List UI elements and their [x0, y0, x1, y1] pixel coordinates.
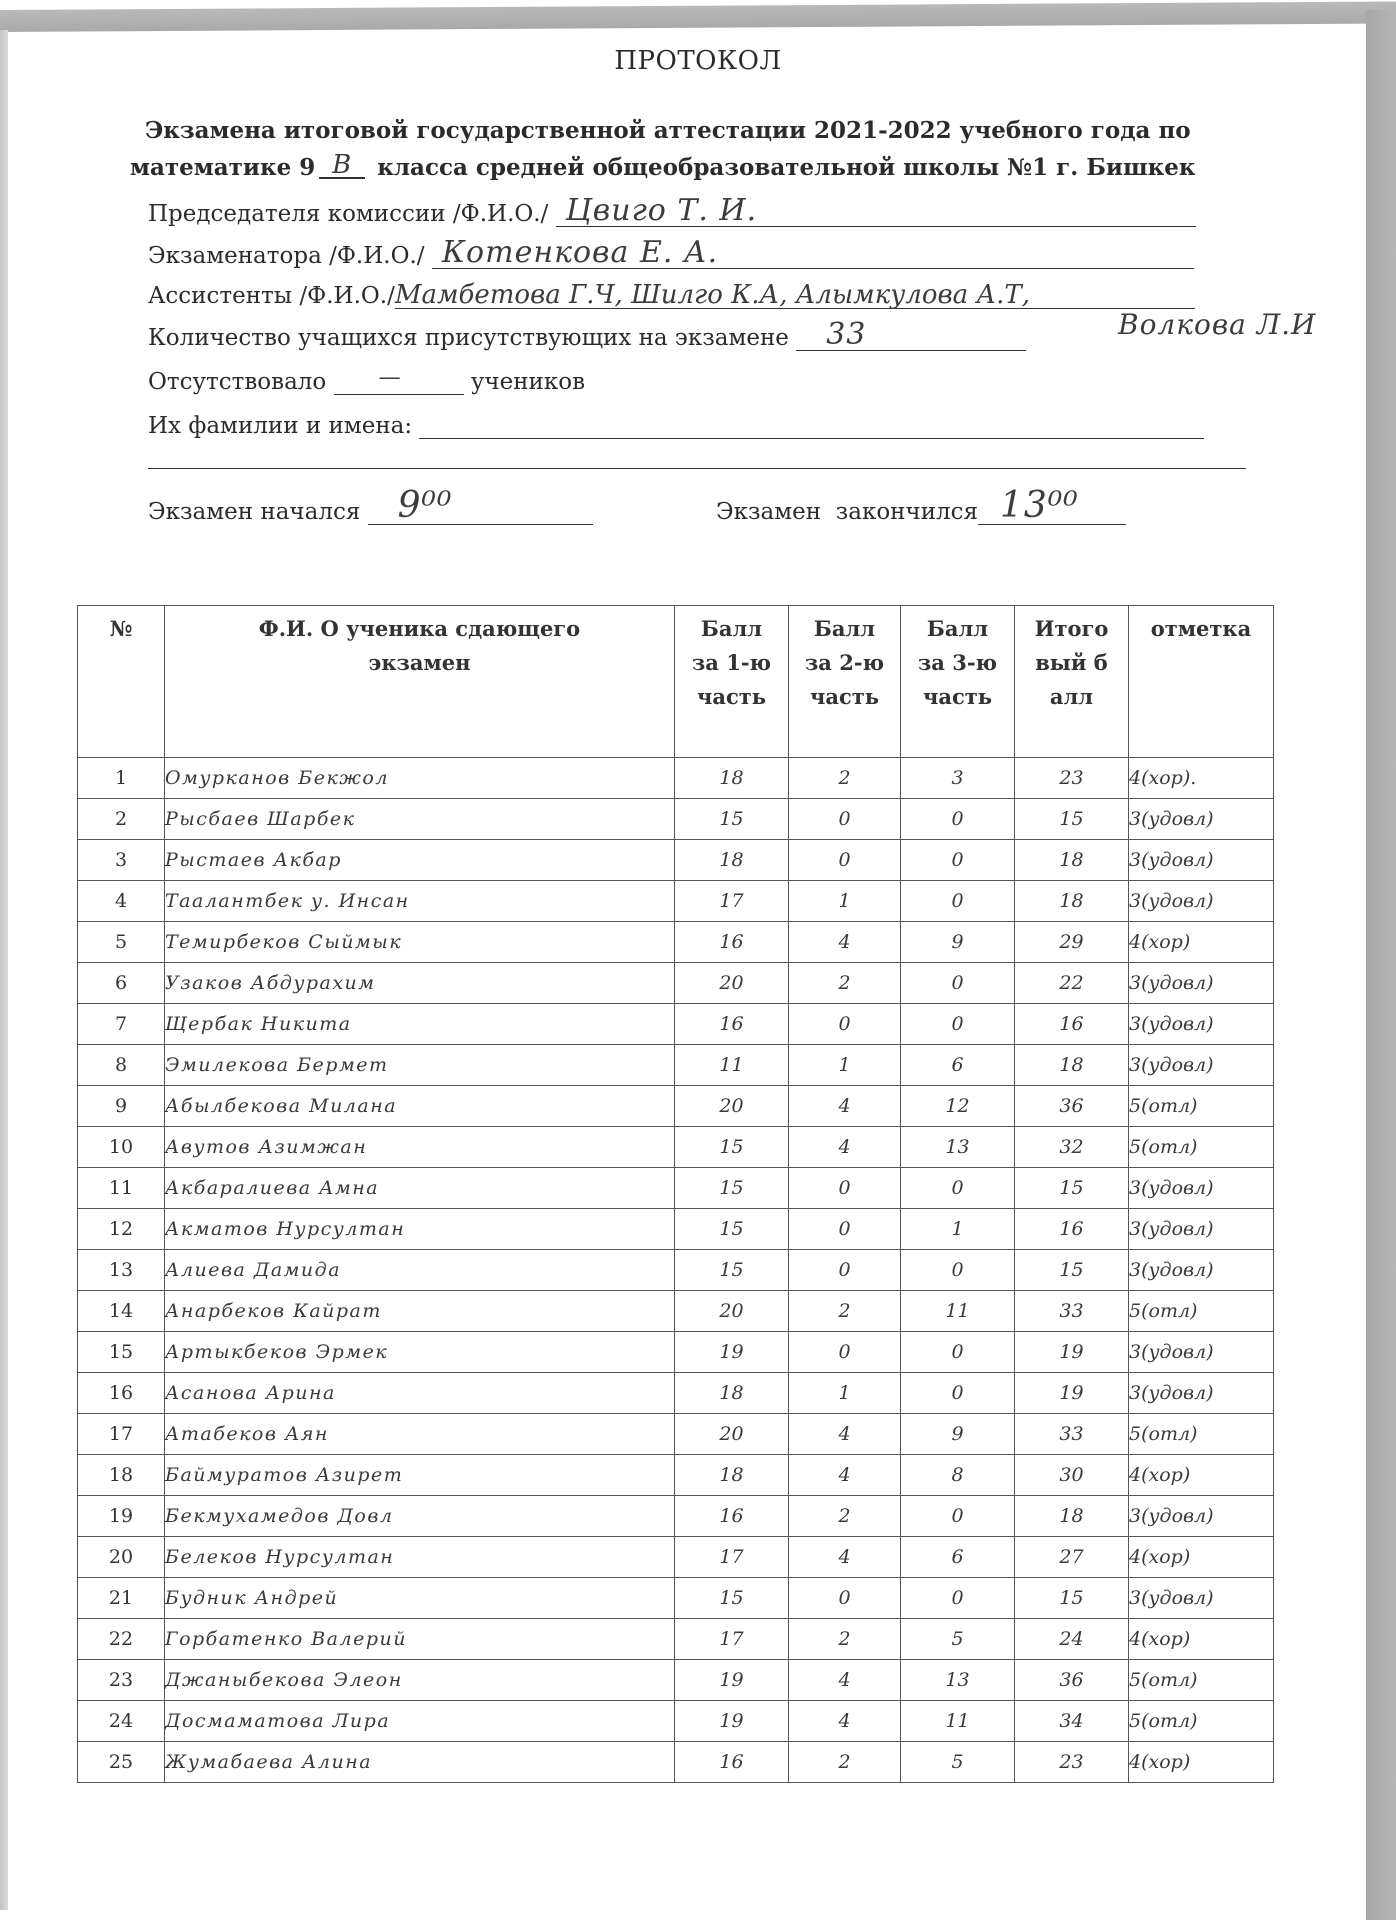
- row-number: 8: [78, 1045, 165, 1086]
- row-number: 9: [78, 1086, 165, 1127]
- total-score[interactable]: 24: [1015, 1619, 1129, 1660]
- score-part1[interactable]: 16: [675, 922, 789, 963]
- student-name[interactable]: Рысбаев Шарбек: [165, 799, 675, 840]
- table-row: 25Жумабаева Алина1625234(хор): [78, 1742, 1274, 1783]
- score-part3[interactable]: 6: [901, 1537, 1015, 1578]
- score-part2[interactable]: 0: [789, 799, 901, 840]
- total-score[interactable]: 23: [1015, 758, 1129, 799]
- scan-edge-left: [0, 30, 8, 1910]
- table-row: 7Щербак Никита1600163(удовл): [78, 1004, 1274, 1045]
- exam-start-value: 9⁰⁰: [398, 485, 453, 526]
- row-number: 23: [78, 1660, 165, 1701]
- score-part3[interactable]: 0: [901, 1496, 1015, 1537]
- score-part3[interactable]: 5: [901, 1742, 1015, 1783]
- score-part3[interactable]: 1: [901, 1209, 1015, 1250]
- score-part1[interactable]: 19: [675, 1701, 789, 1742]
- assistants-label: Ассистенты /Ф.И.О./: [148, 283, 395, 309]
- score-part3[interactable]: 13: [901, 1660, 1015, 1701]
- score-part3[interactable]: 11: [901, 1291, 1015, 1332]
- student-name[interactable]: Омурканов Бекжол: [165, 758, 675, 799]
- table-row: 10Авутов Азимжан15413325(отл): [78, 1127, 1274, 1168]
- exam-start-input[interactable]: 9⁰⁰: [368, 494, 593, 525]
- student-name[interactable]: Акбаралиева Амна: [165, 1168, 675, 1209]
- assistants-value-extra: Волкова Л.И: [1118, 308, 1316, 341]
- exam-end-input[interactable]: 13⁰⁰: [978, 494, 1126, 525]
- table-row: 8Эмилекова Бермет1116183(удовл): [78, 1045, 1274, 1086]
- student-name[interactable]: Эмилекова Бермет: [165, 1045, 675, 1086]
- table-row: 20Белеков Нурсултан1746274(хор): [78, 1537, 1274, 1578]
- present-field: Количество учащихся присутствующих на эк…: [148, 320, 1026, 351]
- row-number: 1: [78, 758, 165, 799]
- score-part2[interactable]: 0: [789, 1004, 901, 1045]
- score-part3[interactable]: 0: [901, 1578, 1015, 1619]
- score-part1[interactable]: 15: [675, 799, 789, 840]
- table-row: 6Узаков Абдурахим2020223(удовл): [78, 963, 1274, 1004]
- examiner-input[interactable]: Котенкова Е. А.: [432, 238, 1194, 269]
- grade-mark[interactable]: 3(удовл): [1129, 1168, 1274, 1209]
- total-score[interactable]: 19: [1015, 1373, 1129, 1414]
- assistants-input[interactable]: Мамбетова Г.Ч, Шилго К.А, Алымкулова А.Т…: [395, 278, 1195, 309]
- table-row: 9Абылбекова Милана20412365(отл): [78, 1086, 1274, 1127]
- student-name[interactable]: Рыстаев Акбар: [165, 840, 675, 881]
- absent-suffix: учеников: [464, 369, 586, 395]
- row-number: 24: [78, 1701, 165, 1742]
- table-row: 11Акбаралиева Амна1500153(удовл): [78, 1168, 1274, 1209]
- table-row: 12Акматов Нурсултан1501163(удовл): [78, 1209, 1274, 1250]
- exam-start-label: Экзамен начался: [148, 499, 368, 525]
- score-part3[interactable]: 0: [901, 1332, 1015, 1373]
- score-part1[interactable]: 16: [675, 1496, 789, 1537]
- score-part2[interactable]: 4: [789, 1414, 901, 1455]
- row-number: 16: [78, 1373, 165, 1414]
- total-score[interactable]: 33: [1015, 1414, 1129, 1455]
- grade-mark[interactable]: 4(хор): [1129, 922, 1274, 963]
- absent-names-field: Их фамилии и имена:: [148, 408, 1204, 439]
- student-name[interactable]: Будник Андрей: [165, 1578, 675, 1619]
- row-number: 10: [78, 1127, 165, 1168]
- score-part1[interactable]: 20: [675, 1414, 789, 1455]
- table-row: 21Будник Андрей1500153(удовл): [78, 1578, 1274, 1619]
- grade-mark[interactable]: 5(отл): [1129, 1701, 1274, 1742]
- score-part1[interactable]: 15: [675, 1250, 789, 1291]
- student-name[interactable]: Баймуратов Азирет: [165, 1455, 675, 1496]
- score-part2[interactable]: 2: [789, 1291, 901, 1332]
- table-row: 2Рысбаев Шарбек1500153(удовл): [78, 799, 1274, 840]
- student-name[interactable]: Узаков Абдурахим: [165, 963, 675, 1004]
- score-part2[interactable]: 2: [789, 758, 901, 799]
- total-score[interactable]: 23: [1015, 1742, 1129, 1783]
- examiner-field: Экзаменатора /Ф.И.О./ Котенкова Е. А.: [148, 238, 1194, 269]
- row-number: 18: [78, 1455, 165, 1496]
- document-subtitle: Экзамена итоговой государственной аттест…: [130, 112, 1260, 186]
- examiner-label: Экзаменатора /Ф.И.О./: [148, 243, 432, 269]
- score-part2[interactable]: 2: [789, 1742, 901, 1783]
- absent-value: —: [379, 365, 402, 390]
- grade-mark[interactable]: 4(хор): [1129, 1619, 1274, 1660]
- score-part2[interactable]: 2: [789, 1619, 901, 1660]
- score-part2[interactable]: 1: [789, 1045, 901, 1086]
- score-part3[interactable]: 0: [901, 963, 1015, 1004]
- assistants-value: Мамбетова Г.Ч, Шилго К.А, Алымкулова А.Т…: [395, 280, 1030, 310]
- total-score[interactable]: 27: [1015, 1537, 1129, 1578]
- absent-names-input-2[interactable]: [148, 438, 1246, 469]
- total-score[interactable]: 36: [1015, 1660, 1129, 1701]
- total-score[interactable]: 15: [1015, 1168, 1129, 1209]
- student-name[interactable]: Бекмухамедов Довл: [165, 1496, 675, 1537]
- grade-mark[interactable]: 3(удовл): [1129, 1045, 1274, 1086]
- score-part1[interactable]: 15: [675, 1168, 789, 1209]
- grade-mark[interactable]: 5(отл): [1129, 1291, 1274, 1332]
- student-name[interactable]: Досмаматова Лира: [165, 1701, 675, 1742]
- score-part2[interactable]: 0: [789, 840, 901, 881]
- score-part3[interactable]: 5: [901, 1619, 1015, 1660]
- grade-mark[interactable]: 3(удовл): [1129, 1373, 1274, 1414]
- student-name[interactable]: Абылбекова Милана: [165, 1086, 675, 1127]
- assistants-field: Ассистенты /Ф.И.О./ Мамбетова Г.Ч, Шилго…: [148, 278, 1195, 309]
- subtitle-line-1: Экзамена итоговой государственной аттест…: [130, 112, 1260, 149]
- student-name[interactable]: Атабеков Аян: [165, 1414, 675, 1455]
- chairman-field: Председателя комиссии /Ф.И.О./ Цвиго Т. …: [148, 196, 1196, 227]
- score-part3[interactable]: 11: [901, 1701, 1015, 1742]
- examiner-value: Котенкова Е. А.: [442, 235, 718, 270]
- score-part2[interactable]: 4: [789, 1701, 901, 1742]
- student-name[interactable]: Джаныбекова Элеон: [165, 1660, 675, 1701]
- header-part1: Балл за 1-ю часть: [675, 606, 789, 758]
- score-part1[interactable]: 19: [675, 1332, 789, 1373]
- score-part3[interactable]: 12: [901, 1086, 1015, 1127]
- score-part2[interactable]: 1: [789, 1373, 901, 1414]
- absent-label: Отсутствовало: [148, 369, 334, 395]
- absent-input[interactable]: —: [334, 364, 464, 395]
- absent-field: Отсутствовало — учеников: [148, 364, 585, 395]
- grade-mark[interactable]: 4(хор): [1129, 1537, 1274, 1578]
- document-title: ПРОТОКОЛ: [0, 46, 1396, 76]
- table-row: 5Темирбеков Сыймык1649294(хор): [78, 922, 1274, 963]
- total-score[interactable]: 34: [1015, 1701, 1129, 1742]
- score-part1[interactable]: 15: [675, 1209, 789, 1250]
- class-letter[interactable]: В: [319, 153, 365, 179]
- score-part1[interactable]: 17: [675, 881, 789, 922]
- row-number: 7: [78, 1004, 165, 1045]
- score-part2[interactable]: 1: [789, 881, 901, 922]
- total-score[interactable]: 33: [1015, 1291, 1129, 1332]
- table-row: 19Бекмухамедов Довл1620183(удовл): [78, 1496, 1274, 1537]
- row-number: 2: [78, 799, 165, 840]
- header-total: Итоговый балл: [1015, 606, 1129, 758]
- score-part2[interactable]: 4: [789, 1127, 901, 1168]
- student-name[interactable]: Белеков Нурсултан: [165, 1537, 675, 1578]
- score-part3[interactable]: 0: [901, 840, 1015, 881]
- grade-mark[interactable]: 3(удовл): [1129, 840, 1274, 881]
- grade-mark[interactable]: 3(удовл): [1129, 1496, 1274, 1537]
- row-number: 13: [78, 1250, 165, 1291]
- row-number: 25: [78, 1742, 165, 1783]
- row-number: 15: [78, 1332, 165, 1373]
- score-part1[interactable]: 19: [675, 1660, 789, 1701]
- table-row: 24Досмаматова Лира19411345(отл): [78, 1701, 1274, 1742]
- chairman-input[interactable]: Цвиго Т. И.: [556, 196, 1196, 227]
- table-row: 14Анарбеков Кайрат20211335(отл): [78, 1291, 1274, 1332]
- total-score[interactable]: 36: [1015, 1086, 1129, 1127]
- score-part1[interactable]: 20: [675, 963, 789, 1004]
- total-score[interactable]: 15: [1015, 1250, 1129, 1291]
- score-part1[interactable]: 15: [675, 1127, 789, 1168]
- score-part1[interactable]: 18: [675, 840, 789, 881]
- score-part3[interactable]: 0: [901, 1004, 1015, 1045]
- total-score[interactable]: 16: [1015, 1004, 1129, 1045]
- header-name: Ф.И. О ученика сдающего экзамен: [165, 606, 675, 758]
- grade-mark[interactable]: 4(хор).: [1129, 758, 1274, 799]
- grade-mark[interactable]: 5(отл): [1129, 1127, 1274, 1168]
- grade-mark[interactable]: 3(удовл): [1129, 1250, 1274, 1291]
- table-row: 4Таалантбек у. Инсан1710183(удовл): [78, 881, 1274, 922]
- score-part2[interactable]: 4: [789, 1086, 901, 1127]
- row-number: 6: [78, 963, 165, 1004]
- score-part3[interactable]: 13: [901, 1127, 1015, 1168]
- student-name[interactable]: Горбатенко Валерий: [165, 1619, 675, 1660]
- total-score[interactable]: 18: [1015, 1496, 1129, 1537]
- student-name[interactable]: Анарбеков Кайрат: [165, 1291, 675, 1332]
- table-row: 3Рыстаев Акбар1800183(удовл): [78, 840, 1274, 881]
- score-part2[interactable]: 2: [789, 963, 901, 1004]
- grade-mark[interactable]: 3(удовл): [1129, 1004, 1274, 1045]
- exam-end-field: Экзамен закончился 13⁰⁰: [716, 494, 1126, 525]
- score-part1[interactable]: 17: [675, 1537, 789, 1578]
- total-score[interactable]: 19: [1015, 1332, 1129, 1373]
- subtitle-suffix: класса средней общеобразовательной школы…: [369, 154, 1195, 181]
- table-row: 1Омурканов Бекжол1823234(хор).: [78, 758, 1274, 799]
- total-score[interactable]: 29: [1015, 922, 1129, 963]
- student-name[interactable]: Авутов Азимжан: [165, 1127, 675, 1168]
- present-label: Количество учащихся присутствующих на эк…: [148, 325, 796, 351]
- score-part3[interactable]: 8: [901, 1455, 1015, 1496]
- student-name[interactable]: Артыкбеков Эрмек: [165, 1332, 675, 1373]
- score-part3[interactable]: 6: [901, 1045, 1015, 1086]
- row-number: 22: [78, 1619, 165, 1660]
- score-part3[interactable]: 3: [901, 758, 1015, 799]
- subtitle-prefix: математике 9: [130, 154, 315, 181]
- student-name[interactable]: Асанова Арина: [165, 1373, 675, 1414]
- scan-edge-right: [1366, 10, 1396, 1920]
- row-number: 4: [78, 881, 165, 922]
- score-part2[interactable]: 0: [789, 1168, 901, 1209]
- table-row: 22Горбатенко Валерий1725244(хор): [78, 1619, 1274, 1660]
- grade-mark[interactable]: 3(удовл): [1129, 1578, 1274, 1619]
- score-part2[interactable]: 0: [789, 1250, 901, 1291]
- header-part2: Балл за 2-ю часть: [789, 606, 901, 758]
- score-part1[interactable]: 16: [675, 1004, 789, 1045]
- row-number: 14: [78, 1291, 165, 1332]
- grade-mark[interactable]: 5(отл): [1129, 1086, 1274, 1127]
- score-part1[interactable]: 18: [675, 1455, 789, 1496]
- table-row: 17Атабеков Аян2049335(отл): [78, 1414, 1274, 1455]
- absent-names-line-2: [148, 438, 1246, 469]
- total-score[interactable]: 15: [1015, 799, 1129, 840]
- grade-mark[interactable]: 5(отл): [1129, 1660, 1274, 1701]
- total-score[interactable]: 18: [1015, 840, 1129, 881]
- chairman-value: Цвиго Т. И.: [566, 193, 757, 228]
- score-part1[interactable]: 17: [675, 1619, 789, 1660]
- total-score[interactable]: 32: [1015, 1127, 1129, 1168]
- total-score[interactable]: 16: [1015, 1209, 1129, 1250]
- score-part3[interactable]: 0: [901, 1250, 1015, 1291]
- score-part1[interactable]: 11: [675, 1045, 789, 1086]
- present-value: 33: [826, 317, 866, 352]
- present-input[interactable]: 33: [796, 320, 1026, 351]
- grade-mark[interactable]: 4(хор): [1129, 1742, 1274, 1783]
- score-part2[interactable]: 0: [789, 1209, 901, 1250]
- score-part2[interactable]: 0: [789, 1578, 901, 1619]
- student-name[interactable]: Алиева Дамида: [165, 1250, 675, 1291]
- exam-end-value: 13⁰⁰: [1000, 485, 1079, 526]
- score-part3[interactable]: 9: [901, 1414, 1015, 1455]
- score-part3[interactable]: 9: [901, 922, 1015, 963]
- total-score[interactable]: 30: [1015, 1455, 1129, 1496]
- total-score[interactable]: 18: [1015, 881, 1129, 922]
- row-number: 3: [78, 840, 165, 881]
- absent-names-label: Их фамилии и имена:: [148, 413, 419, 439]
- table-header-row: № Ф.И. О ученика сдающего экзамен Балл з…: [78, 606, 1274, 758]
- subtitle-line-2: математике 9В класса средней общеобразов…: [130, 149, 1260, 186]
- row-number: 21: [78, 1578, 165, 1619]
- score-part1[interactable]: 20: [675, 1291, 789, 1332]
- student-name[interactable]: Таалантбек у. Инсан: [165, 881, 675, 922]
- score-part1[interactable]: 18: [675, 758, 789, 799]
- score-part1[interactable]: 20: [675, 1086, 789, 1127]
- score-part2[interactable]: 0: [789, 1332, 901, 1373]
- score-part3[interactable]: 0: [901, 881, 1015, 922]
- score-part3[interactable]: 0: [901, 1373, 1015, 1414]
- table-row: 16Асанова Арина1810193(удовл): [78, 1373, 1274, 1414]
- score-part1[interactable]: 16: [675, 1742, 789, 1783]
- score-part2[interactable]: 4: [789, 922, 901, 963]
- score-part2[interactable]: 4: [789, 1455, 901, 1496]
- table-row: 23Джаныбекова Элеон19413365(отл): [78, 1660, 1274, 1701]
- grade-mark[interactable]: 3(удовл): [1129, 1332, 1274, 1373]
- grade-mark[interactable]: 5(отл): [1129, 1414, 1274, 1455]
- header-part3: Балл за 3-ю часть: [901, 606, 1015, 758]
- score-part2[interactable]: 2: [789, 1496, 901, 1537]
- grade-mark[interactable]: 3(удовл): [1129, 799, 1274, 840]
- grade-mark[interactable]: 3(удовл): [1129, 963, 1274, 1004]
- score-part1[interactable]: 18: [675, 1373, 789, 1414]
- row-number: 11: [78, 1168, 165, 1209]
- header-grade: отметка: [1129, 606, 1274, 758]
- student-name[interactable]: Акматов Нурсултан: [165, 1209, 675, 1250]
- student-name[interactable]: Щербак Никита: [165, 1004, 675, 1045]
- row-number: 17: [78, 1414, 165, 1455]
- grade-mark[interactable]: 3(удовл): [1129, 881, 1274, 922]
- chairman-label: Председателя комиссии /Ф.И.О./: [148, 201, 556, 227]
- header-num: №: [78, 606, 165, 758]
- total-score[interactable]: 22: [1015, 963, 1129, 1004]
- table-row: 15Артыкбеков Эрмек1900193(удовл): [78, 1332, 1274, 1373]
- student-name[interactable]: Темирбеков Сыймык: [165, 922, 675, 963]
- row-number: 12: [78, 1209, 165, 1250]
- grade-mark[interactable]: 4(хор): [1129, 1455, 1274, 1496]
- grade-mark[interactable]: 3(удовл): [1129, 1209, 1274, 1250]
- table-row: 18Баймуратов Азирет1848304(хор): [78, 1455, 1274, 1496]
- row-number: 20: [78, 1537, 165, 1578]
- total-score[interactable]: 18: [1015, 1045, 1129, 1086]
- exam-end-label: Экзамен закончился: [716, 499, 978, 525]
- row-number: 19: [78, 1496, 165, 1537]
- score-part2[interactable]: 4: [789, 1660, 901, 1701]
- exam-start-field: Экзамен начался 9⁰⁰: [148, 494, 593, 525]
- score-part3[interactable]: 0: [901, 1168, 1015, 1209]
- score-part2[interactable]: 4: [789, 1537, 901, 1578]
- absent-names-input[interactable]: [419, 408, 1204, 439]
- student-name[interactable]: Жумабаева Алина: [165, 1742, 675, 1783]
- score-part3[interactable]: 0: [901, 799, 1015, 840]
- grades-table: № Ф.И. О ученика сдающего экзамен Балл з…: [77, 605, 1274, 1783]
- score-part1[interactable]: 15: [675, 1578, 789, 1619]
- row-number: 5: [78, 922, 165, 963]
- total-score[interactable]: 15: [1015, 1578, 1129, 1619]
- table-row: 13Алиева Дамида1500153(удовл): [78, 1250, 1274, 1291]
